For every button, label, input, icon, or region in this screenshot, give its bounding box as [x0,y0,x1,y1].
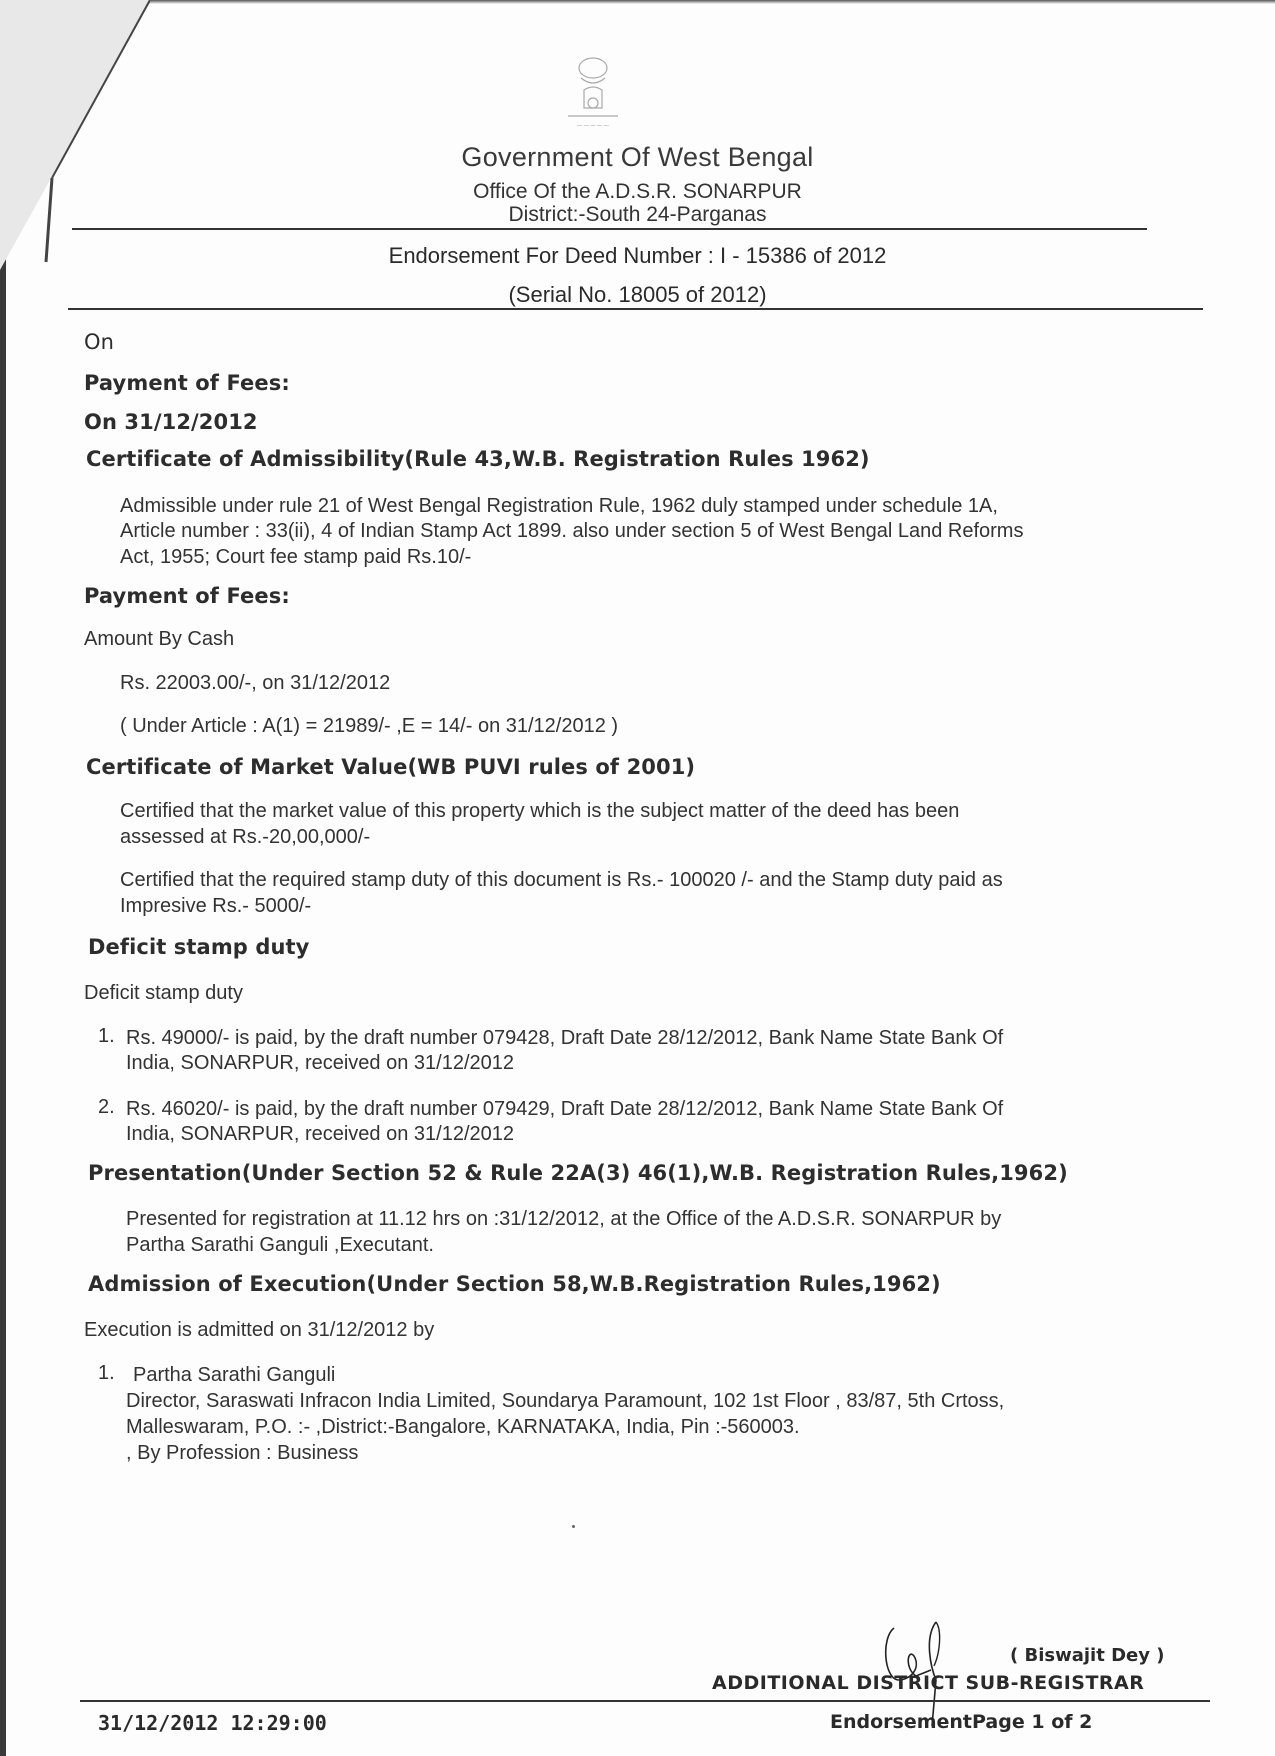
presentation-line: Partha Sarathi Ganguli ,Executant. [126,1232,434,1258]
list-number: 2. [98,1096,115,1119]
list-number: 1. [98,1362,115,1385]
deficit-item-line: India, SONARPUR, received on 31/12/2012 [126,1050,514,1076]
footer-page-number: EndorsementPage 1 of 2 [830,1711,1092,1733]
payment-heading: Payment of Fees: [84,371,290,395]
payment-mode: Amount By Cash [84,626,234,652]
deficit-item-line: India, SONARPUR, received on 31/12/2012 [126,1121,514,1147]
scan-speck [572,1525,575,1528]
admissibility-line: Act, 1955; Court fee stamp paid Rs.10/- [120,544,471,570]
stamp-duty-line: Certified that the required stamp duty o… [120,867,1003,893]
list-number: 1. [98,1025,115,1048]
executant-detail: , By Profession : Business [126,1440,358,1466]
deficit-heading: Deficit stamp duty [88,935,309,959]
serial-number: (Serial No. 18005 of 2012) [0,282,1275,308]
admissibility-heading: Certificate of Admissibility(Rule 43,W.B… [86,447,870,471]
admission-heading: Admission of Execution(Under Section 58,… [88,1272,941,1296]
office-name: Office Of the A.D.S.R. SONARPUR [0,180,1275,204]
deficit-item-line: Rs. 46020/- is paid, by the draft number… [126,1096,1003,1122]
government-title: Government Of West Bengal [0,142,1275,173]
executant-detail: Director, Saraswati Infracon India Limit… [126,1388,1004,1414]
executant-detail: Malleswaram, P.O. :- ,District:-Bangalor… [126,1414,800,1440]
payment-amount: Rs. 22003.00/-, on 31/12/2012 [120,670,390,696]
district-name: District:-South 24-Parganas [0,203,1275,227]
on-label: On [84,330,114,354]
divider [72,228,1147,230]
signer-title: ADDITIONAL DISTRICT SUB-REGISTRAR [712,1672,1144,1694]
svg-text:~~~~~: ~~~~~ [576,121,610,130]
state-emblem-icon: ~~~~~ [548,48,638,138]
payment-of-fees-heading: Payment of Fees: [84,584,290,608]
divider [68,308,1203,310]
admissibility-line: Admissible under rule 21 of West Bengal … [120,493,998,519]
market-value-heading: Certificate of Market Value(WB PUVI rule… [86,755,695,779]
handwritten-signature-icon [876,1608,976,1728]
signer-name: ( Biswajit Dey ) [1010,1645,1164,1666]
admission-intro: Execution is admitted on 31/12/2012 by [84,1317,434,1343]
footer-timestamp: 31/12/2012 12:29:00 [98,1711,327,1735]
market-value-line: assessed at Rs.-20,00,000/- [120,824,370,850]
footer-divider [80,1700,1210,1702]
deficit-item-line: Rs. 49000/- is paid, by the draft number… [126,1025,1003,1051]
stamp-duty-line: Impresive Rs.- 5000/- [120,893,311,919]
deficit-label: Deficit stamp duty [84,980,243,1006]
executant-name: Partha Sarathi Ganguli [133,1362,335,1388]
on-date: On 31/12/2012 [84,410,258,434]
admissibility-line: Article number : 33(ii), 4 of Indian Sta… [120,518,1023,544]
presentation-heading: Presentation(Under Section 52 & Rule 22A… [88,1161,1068,1185]
scan-edge-top [0,0,1275,4]
payment-breakdown: ( Under Article : A(1) = 21989/- ,E = 14… [120,713,618,739]
market-value-line: Certified that the market value of this … [120,798,959,824]
presentation-line: Presented for registration at 11.12 hrs … [126,1206,1001,1232]
deed-number: Endorsement For Deed Number : I - 15386 … [0,243,1275,269]
